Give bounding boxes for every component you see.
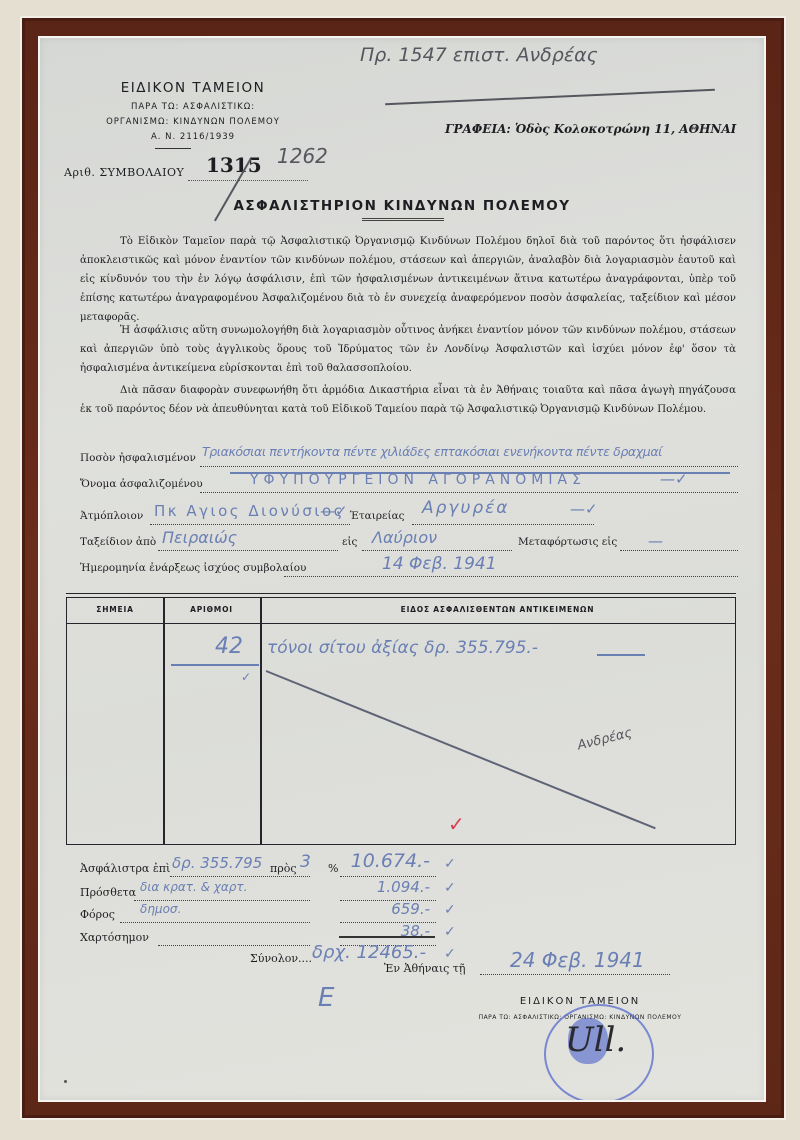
insured-name-label: Ὄνομα ἀσφαλιζομένου (80, 478, 203, 490)
check-mark: —✓ (320, 502, 348, 520)
terms-paragraph-1: Τὸ Εἰδικὸν Ταμεῖον παρὰ τῷ Ἀσφαλιστικῷ Ὀ… (80, 232, 736, 327)
extras-label: Πρόσθετα (80, 886, 136, 899)
steamship-line (150, 524, 350, 525)
premium-rate-mid-label: πρὸς (270, 862, 296, 875)
issuer-line-3: Α. Ν. 2116/1939 (88, 132, 298, 142)
signature: Ull. (565, 1020, 626, 1060)
voyage-to-line (362, 550, 512, 551)
company-label: Ἑταιρείας (350, 510, 405, 522)
handwritten-underline (385, 89, 715, 105)
terms-paragraph-2: Ἡ ἀσφάλισις αὕτη συνωμολογήθη διὰ λογαρι… (80, 321, 736, 378)
extras-note: δια κρατ. & χαρτ. (140, 880, 247, 894)
amount-insured-value: Τριακόσιαι πεντήκοντα πέντε χιλιάδες επτ… (202, 444, 762, 459)
tax-amount: 659.- (340, 900, 430, 918)
contract-number-label: Αριθ. ΣΥΜΒΟΛΑΙΟΥ (64, 166, 184, 179)
transshipment-line (620, 550, 738, 551)
sum-rule (339, 936, 435, 938)
voyage-to-label: εἰς (342, 536, 357, 548)
column-header-marks: ΣΗΜΕΙΑ (67, 605, 163, 614)
total-label: Σύνολον.... (250, 952, 312, 965)
column-header-numbers: ΑΡΙΘΜΟΙ (163, 605, 260, 614)
steamship-label: Ἀτμόπλοιον (80, 510, 143, 522)
start-date-line (284, 576, 738, 577)
table-top-rule (66, 593, 736, 594)
insurance-certificate-document: ΕΙΔΙΚΟΝ ΤΑΜΕΙΟΝ ΠΑΡΑ ΤΩ: ΑΣΦΑΛΙΣΤΙΚΩ: ΟΡ… (38, 36, 766, 1102)
amount-insured-label: Ποσὸν ἠσφαλισμένον (80, 452, 196, 464)
stamp-duty-dotted (158, 945, 310, 946)
offices-address: ΓΡΑΦΕΙΑ: Ὁδὸς Κολοκοτρώνη 11, ΑΘΗΝΑΙ (445, 122, 736, 136)
contract-number: 1315 (206, 153, 262, 177)
description-dash (597, 654, 645, 656)
insured-name-value: ΥΦΥΠΟΥΡΓΕΙΟΝ ΑΓΟΡΑΝΟΜΙΑΣ (250, 472, 586, 488)
issuer-title: ΕΙΔΙΚΟΝ ΤΑΜΕΙΟΝ (88, 80, 298, 96)
premium-amount: 10.674.- (340, 850, 430, 872)
handwritten-initial: Ε (318, 983, 334, 1013)
extras-amount: 1.094.- (340, 878, 430, 896)
voyage-from-line (158, 550, 338, 551)
tax-note: δημοσ. (140, 902, 181, 916)
insured-items-table: ΣΗΜΕΙΑ ΑΡΙΘΜΟΙ ΕΙΔΟΣ ΑΣΦΑΛΙΣΘΕΝΤΩΝ ΑΝΤΙΚ… (66, 597, 736, 845)
contract-number-dotted-line (188, 180, 308, 181)
signature-block-title: ΕΙΔΙΚΟΝ ΤΑΜΕΙΟΝ (460, 996, 700, 1007)
voyage-from-label: Ταξείδιον ἀπὸ (80, 536, 156, 548)
issue-place-label: Ἐν Ἀθήναις τῇ (384, 962, 466, 975)
premium-amount-line (340, 876, 436, 877)
company-line (412, 524, 594, 525)
issue-date-line (480, 974, 670, 975)
tax-label: Φόρος (80, 908, 115, 921)
transshipment-label: Μεταφόρτωσις εἰς (518, 536, 617, 548)
percent-sign: % (328, 862, 338, 875)
issuer-line-1: ΠΑΡΑ ΤΩ: ΑΣΦΑΛΙΣΤΙΚΩ: (88, 102, 298, 112)
terms-paragraph-3: Διὰ πᾶσαν διαφορὰν συνεφωνήθη ὅτι ἁρμόδι… (80, 381, 736, 419)
header-divider (155, 148, 191, 149)
tax-note-line (120, 922, 310, 923)
insured-name-line (200, 492, 738, 493)
start-date-label: Ἡμερομηνία ἐνάρξεως ἰσχύος συμβολαίου (80, 562, 306, 574)
red-check-mark: ✓ (448, 812, 465, 836)
check-mark: ✓ (444, 902, 456, 918)
table-margin-initials: Ανδρέας (576, 725, 634, 753)
start-date-value: 14 Φεβ. 1941 (382, 554, 497, 574)
table-row-description: τόνοι σίτου ἀξίας δρ. 355.795.- (267, 638, 538, 658)
column-divider (260, 598, 262, 844)
column-header-description: ΕΙΔΟΣ ΑΣΦΑΛΙΣΘΕΝΤΩΝ ΑΝΤΙΚΕΙΜΕΝΩΝ (260, 605, 735, 614)
check-mark: —✓ (570, 500, 598, 518)
total-amount: δρχ. 12465.- (312, 942, 426, 963)
extras-note-line (134, 900, 310, 901)
stamp-duty-label: Χαρτόσημον (80, 931, 149, 944)
document-title: ΑΣΦΑΛΙΣΤΗΡΙΟΝ ΚΙΝΔΥΝΩΝ ΠΟΛΕΜΟΥ (40, 198, 764, 214)
premium-base-line (170, 876, 310, 877)
contract-handwritten-number: 1262 (277, 144, 328, 168)
check-mark: ✓ (444, 856, 456, 872)
check-mark: ✓ (444, 946, 456, 962)
check-mark: —✓ (660, 470, 688, 488)
numbers-underline (171, 664, 259, 666)
handwritten-reference-note: Πρ. 1547 επιστ. Ανδρέας (360, 44, 598, 66)
company-value: Αργυρέα (422, 498, 510, 518)
premium-rate-label: Ἀσφάλιστρα ἐπὶ (80, 862, 170, 875)
check-mark: ✓ (444, 924, 456, 940)
table-row-numbers: 42 (215, 634, 243, 659)
issue-date: 24 Φεβ. 1941 (510, 948, 645, 972)
premium-base-value: δρ. 355.795 (172, 854, 262, 872)
premium-rate-percent: 3 (300, 852, 311, 872)
voyage-from-value: Πειραιώς (162, 528, 237, 547)
check-mark: ✓ (241, 670, 251, 684)
check-mark: ✓ (444, 880, 456, 896)
column-divider (163, 598, 165, 844)
title-underline (362, 218, 444, 221)
transshipment-value: — (648, 532, 663, 550)
paper-speck (64, 1080, 67, 1083)
amount-insured-line (200, 466, 738, 467)
steamship-value: Πκ Αγιος Διονύσιος (154, 502, 345, 520)
issuer-line-2: ΟΡΓΑΝΙΣΜΩ: ΚΙΝΔΥΝΩΝ ΠΟΛΕΜΟΥ (88, 117, 298, 127)
voyage-to-value: Λαύριον (372, 528, 437, 547)
